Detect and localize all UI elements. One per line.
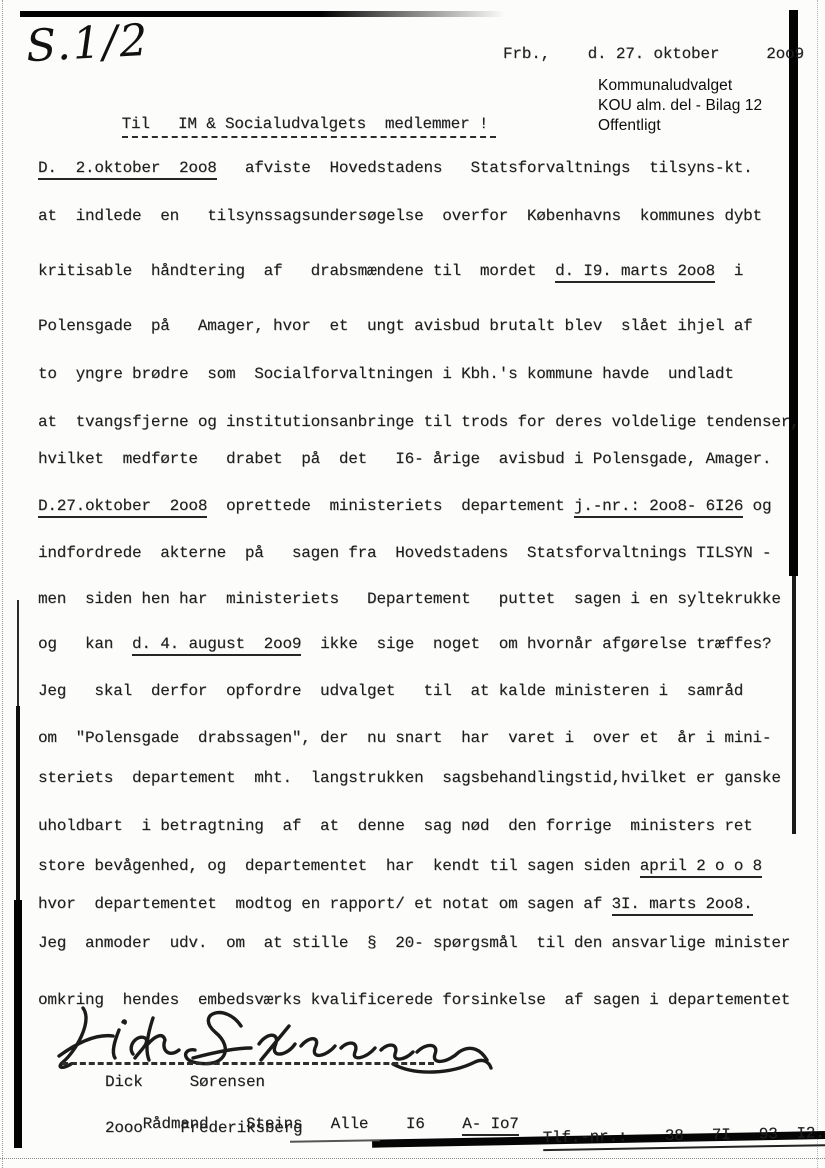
committee-stamp: KommunaludvalgetKOU alm. del - Bilag 12O… [598, 76, 762, 136]
body-text: store bevågenhed, og departementet har k… [38, 857, 640, 875]
signature-handwriting-text: Dick Sørensen [0, 0, 1, 1]
body-text: oprettede ministeriets departement [207, 497, 574, 515]
copier-bar-top [20, 11, 505, 17]
signature-underline-dashes [62, 1062, 434, 1065]
body-line: steriets departement mht. langstrukken s… [38, 768, 781, 788]
body-line: at tvangsfjerne og institutionsanbringe … [38, 412, 800, 432]
body-text: hvor departementet modtog en rapport/ et… [38, 895, 612, 913]
dateline: Frb., d. 27. oktober 2oo9 [503, 44, 804, 64]
stamp-line-2: KOU alm. del - Bilag 12 [598, 96, 762, 116]
body-underlined-text: april 2 o o 8 [640, 857, 762, 878]
body-text: indfordrede akterne på sagen fra Hovedst… [38, 544, 771, 562]
body-line: store bevågenhed, og departementet har k… [38, 856, 762, 876]
body-line: D.27.oktober 2oo8 oprettede ministeriets… [38, 496, 771, 516]
body-line: hvor departementet modtog en rapport/ et… [38, 894, 753, 914]
body-line: uholdbart i betragtning af at denne sag … [38, 816, 753, 836]
body-line: to yngre brødre som Socialforvaltningen … [38, 364, 734, 384]
body-underlined-text: D.27.oktober 2oo8 [38, 497, 207, 518]
body-text: to yngre brødre som Socialforvaltningen … [38, 365, 734, 383]
copier-bar-left-mid [16, 706, 20, 906]
body-line: indfordrede akterne på sagen fra Hovedst… [38, 543, 771, 563]
scanned-letter-page: S.1/2 Frb., d. 27. oktober 2oo9 Kommunal… [0, 0, 825, 1168]
signature-name-line: Dick Sørensen [105, 1072, 265, 1092]
body-underlined-text: j.-nr.: 2oo8- 6I26 [574, 497, 743, 518]
scan-edge-right [817, 0, 818, 1168]
body-line: Polensgade på Amager, hvor et ungt avisb… [38, 316, 753, 336]
body-text: steriets departement mht. langstrukken s… [38, 769, 781, 787]
stamp-line-3: Offentligt [598, 116, 762, 136]
body-text: i [715, 262, 743, 280]
body-text: Jeg skal derfor opfordre udvalget til at… [38, 682, 743, 700]
body-line: om "Polensgade drabssagen", der nu snart… [38, 728, 771, 748]
copier-bar-left-faint [17, 600, 19, 710]
body-text: og [743, 497, 771, 515]
body-underlined-text: 3I. marts 2oo8. [612, 895, 753, 916]
body-line: Jeg anmoder udv. om at stille § 20- spør… [38, 933, 790, 953]
salutation: Til IM & Socialudvalgets medlemmer ! [84, 94, 496, 154]
scan-edge-left [2, 0, 3, 1168]
body-text: men siden hen har ministeriets Departeme… [38, 590, 781, 608]
copier-bar-left [14, 900, 22, 1148]
body-underlined-text: d. 4. august 2oo9 [132, 635, 301, 656]
body-text: at tvangsfjerne og institutionsanbringe … [38, 413, 800, 431]
stamp-line-1: Kommunaludvalget [598, 76, 762, 96]
signature-city-line: 2ooo Frederiksberg [105, 1118, 302, 1138]
body-line: D. 2.oktober 2oo8 afviste Hovedstadens S… [38, 158, 753, 178]
body-text: ikke sige noget om hvornår afgørelse træ… [301, 635, 771, 653]
body-text: afviste Hovedstadens Statsforvaltnings t… [217, 159, 753, 177]
body-text: om "Polensgade drabssagen", der nu snart… [38, 729, 771, 747]
copier-bar-right [789, 10, 798, 576]
body-line: hvilket medførte drabet på det I6- årige… [38, 449, 771, 469]
handwritten-page-mark: S.1/2 [25, 15, 151, 72]
body-line: men siden hen har ministeriets Departeme… [38, 589, 781, 609]
body-text: Jeg anmoder udv. om at stille § 20- spør… [38, 934, 790, 952]
body-line: og kan d. 4. august 2oo9 ikke sige noget… [38, 634, 771, 654]
salutation-text: Til IM & Socialudvalgets medlemmer ! [122, 115, 497, 138]
copier-bar-right-faint [792, 576, 796, 834]
body-text: hvilket medførte drabet på det I6- årige… [38, 450, 771, 468]
body-line: kritisable håndtering af drabsmændene ti… [38, 261, 743, 281]
phone-line: Tlf.-nr.: 38 7I 93 I2. [505, 1103, 825, 1168]
body-text: kritisable håndtering af drabsmændene ti… [38, 262, 555, 280]
body-text: uholdbart i betragtning af at denne sag … [38, 817, 753, 835]
body-text: og kan [38, 635, 132, 653]
body-text: at indlede en tilsynssagsundersøgelse ov… [38, 207, 762, 225]
phone-text: Tlf.-nr.: 38 7I 93 I2. [542, 1124, 824, 1151]
body-underlined-text: d. I9. marts 2oo8 [555, 262, 715, 283]
signature-handwriting [55, 1000, 495, 1082]
body-text: Polensgade på Amager, hvor et ungt avisb… [38, 317, 753, 335]
body-line: Jeg skal derfor opfordre udvalget til at… [38, 681, 743, 701]
body-line: at indlede en tilsynssagsundersøgelse ov… [38, 206, 762, 226]
body-underlined-text: D. 2.oktober 2oo8 [38, 159, 217, 180]
